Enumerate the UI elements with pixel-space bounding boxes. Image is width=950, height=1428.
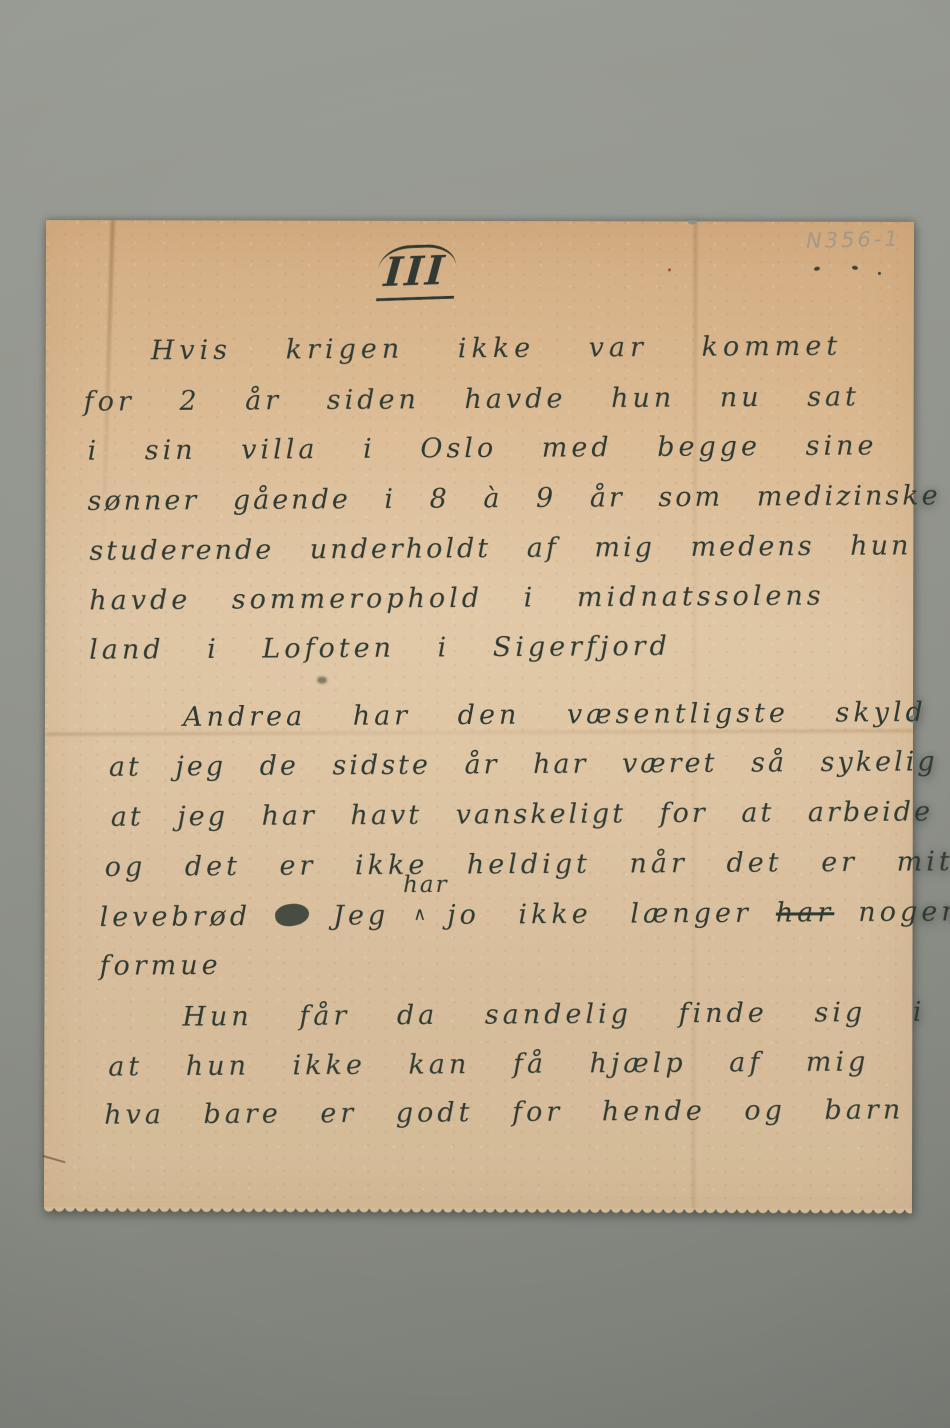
ink-speck: [852, 265, 859, 270]
word: levebrød: [99, 901, 251, 933]
handwriting-line: studerende underholdt af mig medens hun: [89, 530, 911, 566]
perforated-bottom-edge: [44, 1207, 912, 1216]
word: nogen: [858, 896, 950, 928]
handwriting-line: hva bare er godt for hende og barn: [104, 1094, 904, 1130]
ink-speck: [814, 266, 821, 271]
handwriting-line: Hun får da sandelig finde sig i: [182, 997, 925, 1033]
archive-number: N356-1: [806, 227, 901, 253]
insertion-caret: ∧: [413, 904, 430, 925]
inserted-word-above-line: har: [403, 872, 449, 898]
manuscript-paper: N356-1 III Hvis krigen ikke var kommet f…: [44, 220, 914, 1210]
insertion-point: har∧: [413, 918, 441, 924]
word: jo ikke længer: [447, 898, 752, 931]
handwriting-line: sønner gående i 8 à 9 år som medizinske: [87, 480, 940, 517]
photo-background: N356-1 III Hvis krigen ikke var kommet f…: [0, 0, 950, 1428]
struck-through-word: har: [776, 897, 835, 928]
handwriting-line: havde sommerophold i midnatssolens: [89, 581, 825, 617]
ink-speck: [878, 272, 881, 275]
edge-nick: [688, 220, 697, 224]
handwriting-line: at jeg har havt vanskeligt for at arbeid…: [111, 796, 933, 832]
handwriting-line: Hvis krigen ikke var kommet: [151, 331, 843, 367]
handwriting-line: at jeg de sidste år har været så sykelig: [109, 746, 938, 782]
handwriting-line: i sin villa i Oslo med begge sine: [87, 430, 877, 466]
blotted-out-word: ta: [273, 901, 310, 928]
section-heading-numeral: III: [376, 244, 458, 302]
handwriting-line: land i Lofoten i Sigerfjord: [89, 631, 671, 666]
handwriting-line: for 2 år siden havde hun nu sat: [84, 381, 861, 417]
handwriting-line: at hun ikke kan få hjælp af mig: [108, 1046, 869, 1082]
handwriting-line: og det er ikke heldigt når det er mit: [105, 846, 950, 883]
red-speck: [668, 268, 671, 271]
ink-smudge: [317, 677, 327, 684]
word: Jeg: [333, 900, 389, 931]
handwriting-line-with-corrections: levebrødtaJeghar∧jo ikke længerharnogen: [99, 896, 950, 933]
handwriting-line: formue: [99, 950, 221, 982]
handwriting-line: Andrea har den væsentligste skyld i: [183, 697, 950, 733]
paper-tear: [42, 1155, 66, 1164]
